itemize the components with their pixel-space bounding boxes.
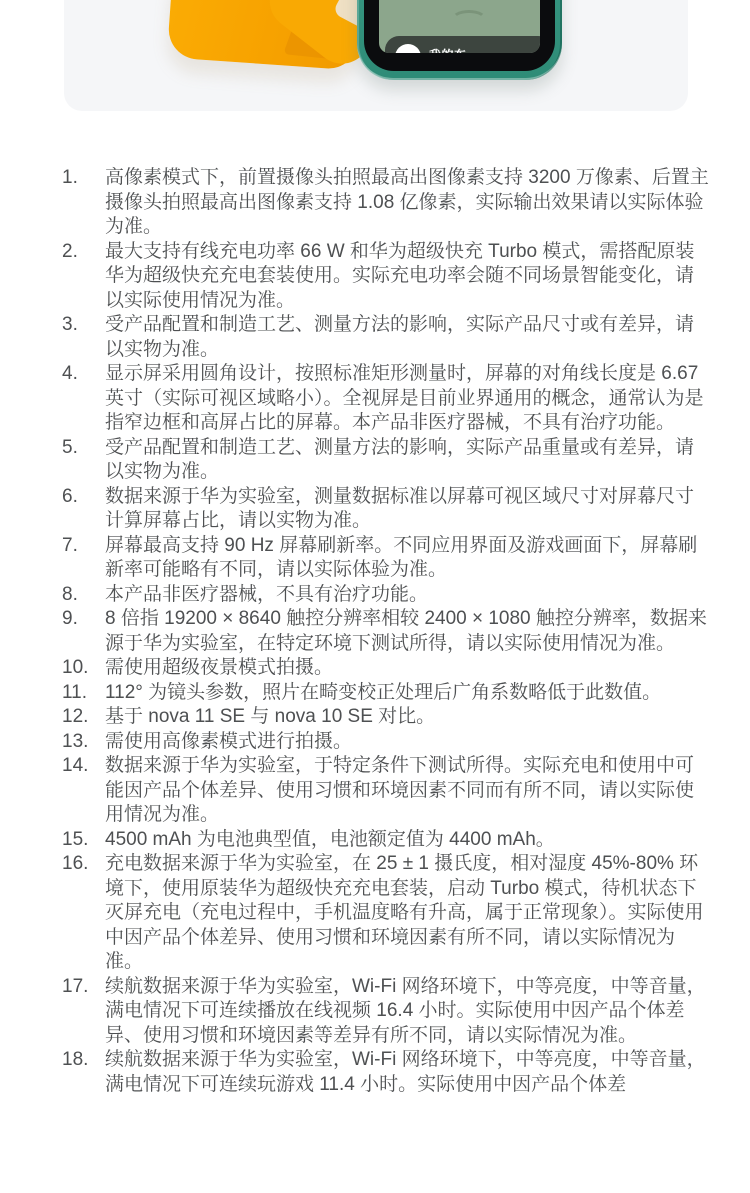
footnote-text: 高像素模式下，前置摄像头拍照最高出图像素支持 3200 万像素、后置主摄像头拍照… <box>105 166 711 240</box>
footnote-text: 受产品配置和制造工艺、测量方法的影响，实际产品重量或有差异，请以实物为准。 <box>105 436 711 485</box>
footnote-number: 9. <box>62 607 105 632</box>
footnote-number: 5. <box>62 436 105 461</box>
footnote-text: 基于 nova 11 SE 与 nova 10 SE 对比。 <box>105 705 711 730</box>
phone-screen: 我的车 我的家 <box>379 0 540 53</box>
footnote-number: 16. <box>62 852 105 877</box>
car-icon <box>395 44 421 53</box>
footnote-number: 6. <box>62 485 105 510</box>
footnote-item: 18.续航数据来源于华为实验室，Wi-Fi 网络环境下，中等亮度，中等音量，满电… <box>0 1048 750 1097</box>
footnote-number: 10. <box>62 656 105 681</box>
footnote-number: 18. <box>62 1048 105 1073</box>
footnote-item: 11.112° 为镜头参数，照片在畸变校正处理后广角系数略低于此数值。 <box>0 681 750 706</box>
footnote-item: 16.充电数据来源于华为实验室，在 25 ± 1 摄氏度，相对湿度 45%-80… <box>0 852 750 975</box>
footnote-item: 13.需使用高像素模式进行拍摄。 <box>0 730 750 755</box>
footnote-number: 17. <box>62 975 105 1000</box>
footnote-text: 112° 为镜头参数，照片在畸变校正处理后广角系数略低于此数值。 <box>105 681 711 706</box>
footnote-item: 4.显示屏采用圆角设计，按照标准矩形测量时，屏幕的对角线长度是 6.67 英寸（… <box>0 362 750 436</box>
footnote-text: 充电数据来源于华为实验室，在 25 ± 1 摄氏度，相对湿度 45%-80% 环… <box>105 852 711 975</box>
footnote-number: 1. <box>62 166 105 191</box>
footnote-text: 本产品非医疗器械，不具有治疗功能。 <box>105 583 711 608</box>
footnote-text: 数据来源于华为实验室，测量数据标准以屏幕可视区域尺寸对屏幕尺寸计算屏幕占比，请以… <box>105 485 711 534</box>
my-car-card: 我的车 <box>385 36 540 53</box>
footnote-text: 续航数据来源于华为实验室，Wi-Fi 网络环境下，中等亮度，中等音量，满电情况下… <box>105 975 711 1049</box>
footnote-item: 7.屏幕最高支持 90 Hz 屏幕刷新率。不同应用界面及游戏画面下，屏幕刷新率可… <box>0 534 750 583</box>
footnote-item: 9.8 倍指 19200 × 8640 触控分辨率相较 2400 × 1080 … <box>0 607 750 656</box>
footnote-item: 15.4500 mAh 为电池典型值，电池额定值为 4400 mAh。 <box>0 828 750 853</box>
footnote-text: 8 倍指 19200 × 8640 触控分辨率相较 2400 × 1080 触控… <box>105 607 711 656</box>
footnote-item: 1.高像素模式下，前置摄像头拍照最高出图像素支持 3200 万像素、后置主摄像头… <box>0 166 750 240</box>
footnote-item: 3.受产品配置和制造工艺、测量方法的影响，实际产品尺寸或有差异，请以实物为准。 <box>0 313 750 362</box>
footnote-item: 2.最大支持有线充电功率 66 W 和华为超级快充 Turbo 模式，需搭配原装… <box>0 240 750 314</box>
footnote-number: 13. <box>62 730 105 755</box>
footnote-item: 6.数据来源于华为实验室，测量数据标准以屏幕可视区域尺寸对屏幕尺寸计算屏幕占比，… <box>0 485 750 534</box>
phone-mockup: 我的车 我的家 <box>357 0 562 80</box>
bird-squiggle-illustration <box>451 10 487 30</box>
hero-product-image: 我的车 我的家 <box>0 0 750 132</box>
footnote-number: 3. <box>62 313 105 338</box>
footnote-text: 4500 mAh 为电池典型值，电池额定值为 4400 mAh。 <box>105 828 711 853</box>
footnote-item: 12.基于 nova 11 SE 与 nova 10 SE 对比。 <box>0 705 750 730</box>
footnote-item: 5.受产品配置和制造工艺、测量方法的影响，实际产品重量或有差异，请以实物为准。 <box>0 436 750 485</box>
footnote-number: 4. <box>62 362 105 387</box>
footnotes-section: 1.高像素模式下，前置摄像头拍照最高出图像素支持 3200 万像素、后置主摄像头… <box>0 166 750 1097</box>
footnote-text: 最大支持有线充电功率 66 W 和华为超级快充 Turbo 模式，需搭配原装华为… <box>105 240 711 314</box>
footnotes-list: 1.高像素模式下，前置摄像头拍照最高出图像素支持 3200 万像素、后置主摄像头… <box>0 166 750 1097</box>
footnote-number: 11. <box>62 681 105 706</box>
phone-bezel: 我的车 我的家 <box>364 0 555 71</box>
footnote-text: 受产品配置和制造工艺、测量方法的影响，实际产品尺寸或有差异，请以实物为准。 <box>105 313 711 362</box>
footnote-number: 8. <box>62 583 105 608</box>
my-car-label: 我的车 <box>429 46 467 53</box>
footnote-item: 17.续航数据来源于华为实验室，Wi-Fi 网络环境下，中等亮度，中等音量，满电… <box>0 975 750 1049</box>
footnote-number: 7. <box>62 534 105 559</box>
footnote-number: 14. <box>62 754 105 779</box>
footnote-number: 2. <box>62 240 105 265</box>
footnote-item: 10.需使用超级夜景模式拍摄。 <box>0 656 750 681</box>
footnote-text: 续航数据来源于华为实验室，Wi-Fi 网络环境下，中等亮度，中等音量，满电情况下… <box>105 1048 711 1097</box>
footnote-number: 15. <box>62 828 105 853</box>
footnote-number: 12. <box>62 705 105 730</box>
footnote-item: 14.数据来源于华为实验室，于特定条件下测试所得。实际充电和使用中可能因产品个体… <box>0 754 750 828</box>
footnote-item: 8.本产品非医疗器械，不具有治疗功能。 <box>0 583 750 608</box>
footnote-text: 屏幕最高支持 90 Hz 屏幕刷新率。不同应用界面及游戏画面下，屏幕刷新率可能略… <box>105 534 711 583</box>
footnote-text: 需使用超级夜景模式拍摄。 <box>105 656 711 681</box>
footnote-text: 数据来源于华为实验室，于特定条件下测试所得。实际充电和使用中可能因产品个体差异、… <box>105 754 711 828</box>
footnote-text: 需使用高像素模式进行拍摄。 <box>105 730 711 755</box>
footnote-text: 显示屏采用圆角设计，按照标准矩形测量时，屏幕的对角线长度是 6.67 英寸（实际… <box>105 362 711 436</box>
